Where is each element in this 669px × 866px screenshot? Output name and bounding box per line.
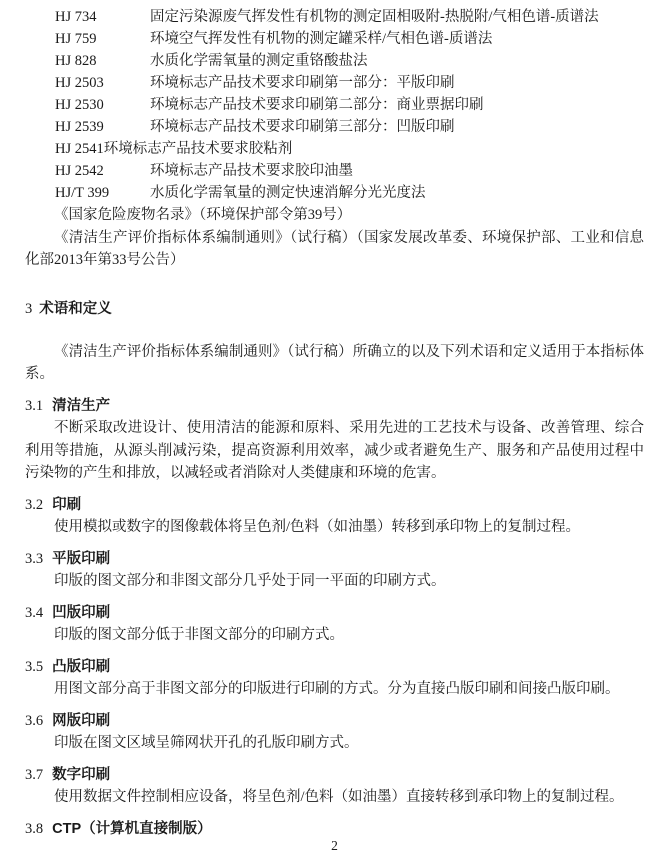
citation-paragraph: 《清洁生产评价指标体系编制通则》（试行稿）（国家发展改革委、环境保护部、工业和信… bbox=[25, 227, 644, 272]
term-number: 3.5 bbox=[25, 659, 43, 675]
term-section: 3.1清洁生产 不断采取改进设计、使用清洁的能源和原料、采用先进的工艺技术与设备… bbox=[25, 395, 644, 485]
term-heading: 3.2印刷 bbox=[25, 494, 644, 517]
section-title: 术语和定义 bbox=[39, 301, 112, 317]
reference-row: HJ 2541 环境标志产品技术要求胶粘剂 bbox=[25, 138, 644, 160]
reference-title: 水质化学需氧量的测定快速消解分光光度法 bbox=[150, 182, 426, 204]
term-section: 3.7数字印刷 使用数据文件控制相应设备，将呈色剂/色料（如油墨）直接转移到承印… bbox=[25, 764, 644, 809]
term-title: 清洁生产 bbox=[52, 398, 110, 414]
reference-code: HJ 734 bbox=[55, 6, 150, 28]
reference-title: 环境标志产品技术要求胶粘剂 bbox=[104, 138, 293, 160]
reference-row: HJ 759 环境空气挥发性有机物的测定罐采样/气相色谱-质谱法 bbox=[25, 28, 644, 50]
section-intro: 《清洁生产评价指标体系编制通则》（试行稿）所确立的以及下列术语和定义适用于本指标… bbox=[25, 341, 644, 386]
section-number: 3 bbox=[25, 301, 32, 317]
term-number: 3.8 bbox=[25, 821, 43, 837]
reference-row: HJ 828 水质化学需氧量的测定重铬酸盐法 bbox=[25, 50, 644, 72]
reference-title: 环境标志产品技术要求胶印油墨 bbox=[150, 160, 353, 182]
term-section: 3.2印刷 使用模拟或数字的图像载体将呈色剂/色料（如油墨）转移到承印物上的复制… bbox=[25, 494, 644, 539]
reference-title: 环境标志产品技术要求印刷第一部分：平版印刷 bbox=[150, 72, 455, 94]
reference-code: HJ 2539 bbox=[55, 116, 150, 138]
reference-title: 环境标志产品技术要求印刷第二部分：商业票据印刷 bbox=[150, 94, 484, 116]
document-page: HJ 734 固定污染源废气挥发性有机物的测定固相吸附-热脱附/气相色谱-质谱法… bbox=[0, 0, 669, 866]
term-number: 3.2 bbox=[25, 497, 43, 513]
term-heading: 3.3平版印刷 bbox=[25, 548, 644, 571]
term-body: 使用数据文件控制相应设备，将呈色剂/色料（如油墨）直接转移到承印物上的复制过程。 bbox=[25, 786, 644, 809]
reference-list: HJ 734 固定污染源废气挥发性有机物的测定固相吸附-热脱附/气相色谱-质谱法… bbox=[25, 6, 644, 204]
citation-paragraph: 《国家危险废物名录》（环境保护部令第39号） bbox=[25, 204, 644, 227]
term-title: 凹版印刷 bbox=[52, 605, 110, 621]
term-section: 3.5凸版印刷 用图文部分高于非图文部分的印版进行印刷的方式。分为直接凸版印刷和… bbox=[25, 656, 644, 701]
reference-code: HJ 759 bbox=[55, 28, 150, 50]
reference-code: HJ 2541 bbox=[55, 138, 104, 160]
term-heading: 3.6网版印刷 bbox=[25, 710, 644, 733]
reference-row: HJ 734 固定污染源废气挥发性有机物的测定固相吸附-热脱附/气相色谱-质谱法 bbox=[25, 6, 644, 28]
term-title: 数字印刷 bbox=[52, 767, 110, 783]
term-number: 3.7 bbox=[25, 767, 43, 783]
term-body: 使用模拟或数字的图像载体将呈色剂/色料（如油墨）转移到承印物上的复制过程。 bbox=[25, 516, 644, 539]
term-section: 3.8CTP（计算机直接制版） bbox=[25, 818, 644, 841]
term-title: 凸版印刷 bbox=[52, 659, 110, 675]
section-heading: 3术语和定义 bbox=[25, 298, 644, 320]
reference-title: 固定污染源废气挥发性有机物的测定固相吸附-热脱附/气相色谱-质谱法 bbox=[150, 6, 599, 28]
reference-row: HJ 2530 环境标志产品技术要求印刷第二部分：商业票据印刷 bbox=[25, 94, 644, 116]
reference-title: 环境空气挥发性有机物的测定罐采样/气相色谱-质谱法 bbox=[150, 28, 492, 50]
term-number: 3.1 bbox=[25, 398, 43, 414]
term-title: 网版印刷 bbox=[52, 713, 110, 729]
term-body: 印版的图文部分低于非图文部分的印刷方式。 bbox=[25, 624, 644, 647]
reference-title: 水质化学需氧量的测定重铬酸盐法 bbox=[150, 50, 368, 72]
reference-code: HJ 2530 bbox=[55, 94, 150, 116]
page-number: 2 bbox=[0, 838, 669, 854]
term-section: 3.3平版印刷 印版的图文部分和非图文部分几乎处于同一平面的印刷方式。 bbox=[25, 548, 644, 593]
term-heading: 3.8CTP（计算机直接制版） bbox=[25, 818, 644, 841]
reference-row: HJ/T 399 水质化学需氧量的测定快速消解分光光度法 bbox=[25, 182, 644, 204]
reference-title: 环境标志产品技术要求印刷第三部分：凹版印刷 bbox=[150, 116, 455, 138]
term-heading: 3.1清洁生产 bbox=[25, 395, 644, 418]
term-body: 不断采取改进设计、使用清洁的能源和原料、采用先进的工艺技术与设备、改善管理、综合… bbox=[25, 417, 644, 485]
reference-code: HJ 2542 bbox=[55, 160, 150, 182]
term-heading: 3.7数字印刷 bbox=[25, 764, 644, 787]
term-body: 印版在图文区域呈筛网状开孔的孔版印刷方式。 bbox=[25, 732, 644, 755]
term-number: 3.4 bbox=[25, 605, 43, 621]
reference-code: HJ 2503 bbox=[55, 72, 150, 94]
term-number: 3.3 bbox=[25, 551, 43, 567]
term-heading: 3.4凹版印刷 bbox=[25, 602, 644, 625]
term-body: 印版的图文部分和非图文部分几乎处于同一平面的印刷方式。 bbox=[25, 570, 644, 593]
reference-row: HJ 2539 环境标志产品技术要求印刷第三部分：凹版印刷 bbox=[25, 116, 644, 138]
term-title: 印刷 bbox=[52, 497, 81, 513]
reference-code: HJ 828 bbox=[55, 50, 150, 72]
term-section: 3.6网版印刷 印版在图文区域呈筛网状开孔的孔版印刷方式。 bbox=[25, 710, 644, 755]
term-number: 3.6 bbox=[25, 713, 43, 729]
reference-row: HJ 2503 环境标志产品技术要求印刷第一部分：平版印刷 bbox=[25, 72, 644, 94]
term-heading: 3.5凸版印刷 bbox=[25, 656, 644, 679]
term-section: 3.4凹版印刷 印版的图文部分低于非图文部分的印刷方式。 bbox=[25, 602, 644, 647]
term-title: CTP（计算机直接制版） bbox=[52, 821, 212, 837]
reference-row: HJ 2542 环境标志产品技术要求胶印油墨 bbox=[25, 160, 644, 182]
reference-code: HJ/T 399 bbox=[55, 182, 150, 204]
term-body: 用图文部分高于非图文部分的印版进行印刷的方式。分为直接凸版印刷和间接凸版印刷。 bbox=[25, 678, 644, 701]
term-title: 平版印刷 bbox=[52, 551, 110, 567]
